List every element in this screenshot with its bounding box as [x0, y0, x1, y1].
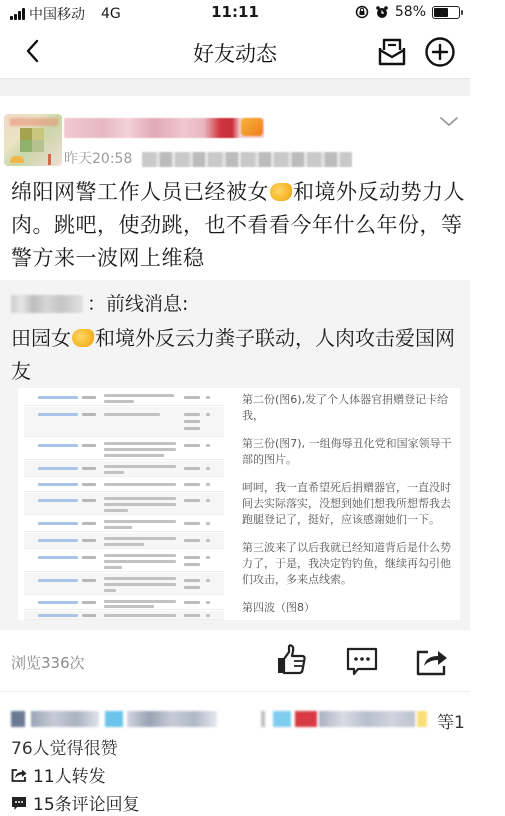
- comments-row[interactable]: 15条评论回复: [11, 790, 140, 815]
- embedded-text: 第二份(图6),发了个人体器官捐赠登记卡给我， 第三份(图7), 一组侮辱丑化党…: [242, 392, 452, 620]
- embedded-paragraph: 呵呵，我一直希望死后捐赠器官，一直没时间去实际落实，没想到她们想我所想帮我去跑腿…: [242, 480, 452, 528]
- embedded-screenshot[interactable]: 第二份(图6),发了个人体器官捐赠登记卡给我， 第三份(图7), 一组侮辱丑化党…: [18, 388, 460, 620]
- post-author-name[interactable]: [64, 118, 264, 138]
- likers-suffix: 等1: [437, 708, 465, 733]
- post-text-part-1: 绵阳网警工作人员已经被女: [11, 180, 269, 204]
- embedded-paragraph: 第三份(图7), 一组侮辱丑化党和国家领导干部的图片。: [242, 436, 452, 468]
- alarm-icon: [375, 5, 389, 19]
- post-timestamp: 昨天20:58: [64, 151, 132, 167]
- embedded-paragraph: 第四波（图8）: [242, 600, 452, 616]
- comment-icon: [11, 795, 27, 811]
- shares-count: 11人转发: [33, 762, 106, 787]
- shares-row[interactable]: 11人转发: [11, 762, 106, 787]
- share-icon: [11, 767, 27, 783]
- shared-post-header: ：前线消息:: [11, 290, 188, 318]
- view-count: 浏览336次: [11, 652, 85, 673]
- status-right: 58%: [355, 4, 460, 20]
- vip-badge-icon: [241, 118, 263, 136]
- share-icon[interactable]: [416, 646, 448, 676]
- embedded-paragraph: 第三波来了以后我就已经知道背后是什么势力了，于是，我决定钓钓鱼，继续再勾引他们攻…: [242, 540, 452, 588]
- fist-emoji-icon: [270, 183, 292, 201]
- mail-icon[interactable]: [376, 36, 408, 68]
- shared-text-part-1: 田园女: [11, 326, 71, 350]
- battery-percent: 58%: [395, 4, 426, 20]
- avatar[interactable]: [4, 114, 62, 166]
- action-bar: 浏览336次: [0, 630, 470, 692]
- rotation-lock-icon: [355, 5, 369, 19]
- screenshot-margin: [470, 0, 505, 816]
- battery-icon: [432, 6, 460, 19]
- post-header: 昨天20:58: [0, 96, 470, 170]
- app-screen: 中国移动 4G 11:11 58% 好友动态: [0, 0, 470, 816]
- nav-bar: 好友动态: [0, 26, 470, 78]
- shared-post[interactable]: ：前线消息: 田园女和境外反云力粪子联动，人肉攻击爱国网友 第二份(图6: [0, 280, 470, 630]
- embedded-table: [24, 388, 224, 620]
- shared-post-title: ：前线消息:: [87, 290, 188, 318]
- shared-post-body: 田园女和境外反云力粪子联动，人肉攻击爱国网友: [11, 322, 461, 388]
- thumbs-up-icon[interactable]: [276, 644, 308, 676]
- post-meta-blurred: [142, 152, 352, 167]
- comments-count: 15条评论回复: [33, 790, 140, 815]
- post-body: 绵阳网警工作人员已经被女和境外反动势力人肉。跳吧，使劲跳，也不看看今年什么年份，…: [11, 176, 467, 275]
- likers-list[interactable]: 等1: [11, 708, 471, 730]
- section-divider: [0, 78, 470, 96]
- plus-circle-icon[interactable]: [424, 36, 456, 68]
- embedded-paragraph: 第二份(图6),发了个人体器官捐赠登记卡给我，: [242, 392, 452, 424]
- shared-post-author[interactable]: [11, 295, 83, 313]
- likes-count[interactable]: 76人觉得很赞: [11, 734, 118, 759]
- post-meta: 昨天20:58: [64, 148, 352, 168]
- chevron-down-icon[interactable]: [438, 114, 460, 130]
- comment-icon[interactable]: [346, 646, 378, 676]
- status-bar: 中国移动 4G 11:11 58%: [0, 0, 470, 26]
- fist-emoji-icon: [72, 329, 94, 347]
